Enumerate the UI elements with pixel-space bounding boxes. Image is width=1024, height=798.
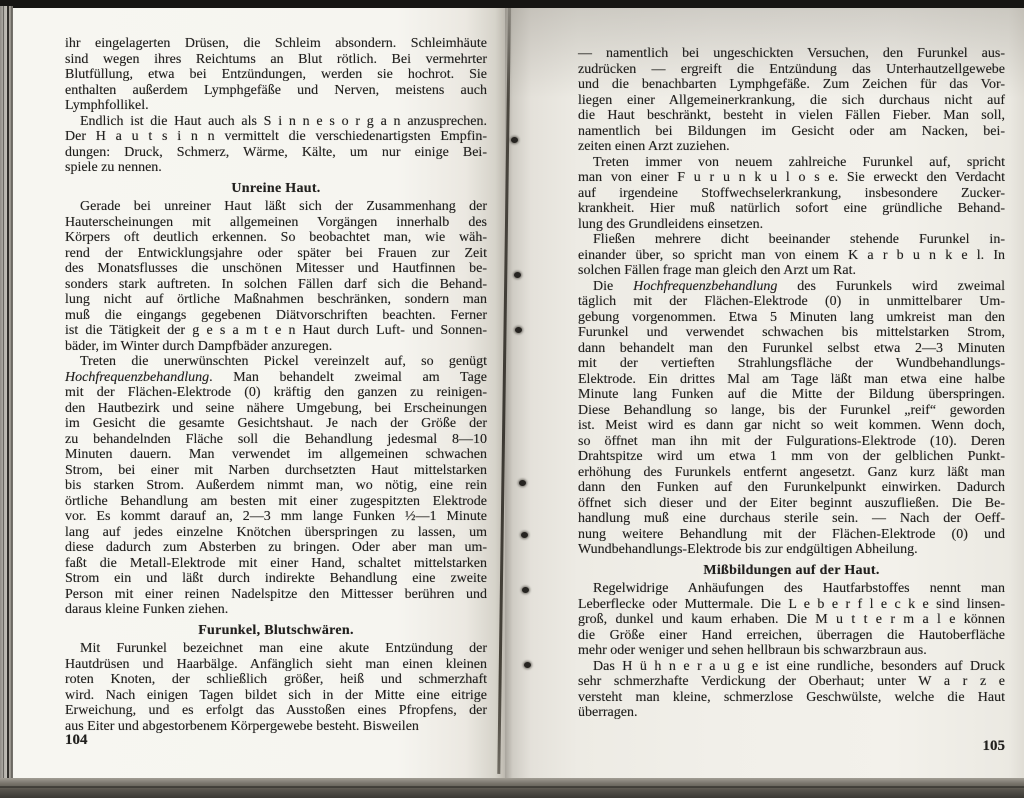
section-heading: Unreine Haut. (65, 181, 487, 197)
text-line: Regelwidrige Anhäufungen des Hautfarbsto… (578, 581, 1005, 597)
text-line: den Hautbezirk und seine nähere Umgebung… (65, 401, 487, 417)
text-line: zu behandelnden Fläche soll die Behandlu… (65, 432, 487, 448)
text-line: Furunkel und verwendet schwachen bis mit… (578, 325, 1005, 341)
text-line: ist. Meist wird es dann gar nicht so wei… (578, 418, 1005, 434)
text-line: faßt die Metall-Elektrode mit einer Hand… (65, 556, 487, 572)
text-line: dungen: Druck, Schmerz, Wärme, Kälte, um… (65, 145, 487, 161)
text-line: Blutfüllung, etwa bei Entzündungen, werd… (65, 67, 487, 83)
text-line: zeiten einen Arzt zuziehen. (578, 139, 1005, 155)
paragraph: Fließen mehrere dicht beeinander stehend… (578, 232, 1005, 279)
paragraph: Das H ü h n e r a u g e ist eine rundlic… (578, 659, 1005, 721)
text-line: mehr oder weniger und sehen hellbraun bi… (578, 643, 1005, 659)
text-line: dann den Funken auf den Furunkelpunkt ei… (578, 480, 1005, 496)
text-line: versteht man kleine, schmerzlose Geschwü… (578, 690, 1005, 706)
text-line: auf irgendeine Stoffwechselerkrankung, i… (578, 186, 1005, 202)
page-number-right: 105 (578, 738, 1005, 755)
text-line: einander über, so spricht man von einem … (578, 248, 1005, 264)
scanner-background-bottom (0, 778, 1024, 798)
text-line: bäder, im Winter durch Dampfbäder anzure… (65, 339, 487, 355)
text-line: roten Knoten, der schließlich größer, he… (65, 672, 487, 688)
section-heading: Mißbildungen auf der Haut. (578, 563, 1005, 579)
text-line: namentlich bei Bildungen im Gesicht oder… (578, 124, 1005, 140)
text-line: mit der vertieften Strahlungsfläche der … (578, 356, 1005, 372)
book-page-edges-left (0, 6, 13, 798)
text-line: Hochfrequenzbehandlung. Man behandelt zw… (65, 370, 487, 386)
text-line: Drahtspitze wird um etwa 1 mm von der ge… (578, 449, 1005, 465)
text-line: bis starken Strom. Außerdem nimmt man, w… (65, 478, 487, 494)
section-heading: Furunkel, Blutschwären. (65, 623, 487, 639)
text-line: Treten immer von neuem zahlreiche Furunk… (578, 155, 1005, 171)
text-line: des Monatsflusses die unschönen Mitesser… (65, 261, 487, 277)
text-line: Die Hochfrequenzbehandlung des Furunkels… (578, 279, 1005, 295)
page-edge-line (11, 6, 12, 798)
page-edge-line (3, 6, 4, 798)
text-line: Gerade bei unreiner Haut läßt sich der Z… (65, 199, 487, 215)
text-line: — namentlich bei ungeschickten Versuchen… (578, 46, 1005, 62)
text-line: die Haut beschränkt, besteht in vielen F… (578, 108, 1005, 124)
text-line: daraus kleine Funken ziehen. (65, 602, 487, 618)
text-line: Hautdrüsen und Haarbälge. Anfänglich sie… (65, 657, 487, 673)
text-line: überragen. (578, 705, 1005, 721)
paragraph: Regelwidrige Anhäufungen des Hautfarbsto… (578, 581, 1005, 659)
paragraph: — namentlich bei ungeschickten Versuchen… (578, 46, 1005, 155)
text-line: örtliche Behandlung am besten mit einer … (65, 494, 487, 510)
text-line: Das H ü h n e r a u g e ist eine rundlic… (578, 659, 1005, 675)
text-line: lang auf jedes einzelne Knötchen überspr… (65, 525, 487, 541)
text-line: Elektrode. Ein drittes Mal am Tage läßt … (578, 372, 1005, 388)
text-line: muß die eingangs gegebenen Diätvorschrif… (65, 308, 487, 324)
text-line: Lymphfollikel. (65, 98, 487, 114)
stitch-mark (521, 532, 528, 538)
paragraph: Endlich ist die Haut auch als S i n n e … (65, 114, 487, 176)
text-line: Diese Behandlung so lange, bis der Furun… (578, 403, 1005, 419)
text-line: sehr schmerzhafte Verdickung der Oberhau… (578, 674, 1005, 690)
page-right-text: — namentlich bei ungeschickten Versuchen… (578, 46, 1005, 721)
text-line: diese dadurch zum Absterben zu bringen. … (65, 540, 487, 556)
paragraph: Treten die unerwünschten Pickel vereinze… (65, 354, 487, 618)
text-line: mit der Flächen-Elektrode (0) kräftig de… (65, 385, 487, 401)
paragraph: Mit Furunkel bezeichnet man eine akute E… (65, 641, 487, 734)
text-line: solchen Fällen frage man gleich den Arzt… (578, 263, 1005, 279)
text-line: Minute lang Funken auf die Mitte der Bil… (578, 387, 1005, 403)
text-line: Der H a u t s i n n vermittelt die versc… (65, 129, 487, 145)
page-edge-line (7, 6, 9, 798)
bottom-band-shadow (0, 786, 1024, 788)
text-line: Erweichung, und es erfolgt das Ausstoßen… (65, 703, 487, 719)
text-line: erhöhung des Furunkels entfernt angesetz… (578, 465, 1005, 481)
book-spread: ihr eingelagerten Drüsen, die Schleim ab… (0, 0, 1024, 798)
text-line: enthalten außerdem Lymphgefäße und Nerve… (65, 83, 487, 99)
text-line: und die benachbarten Lymphgefäße. Zum Ze… (578, 77, 1005, 93)
text-line: Treten die unerwünschten Pickel vereinze… (65, 354, 487, 370)
text-line: rend der Entwicklungsjahre oder später b… (65, 246, 487, 262)
text-line: Strom, bei einer mit Narben durchsetzten… (65, 463, 487, 479)
text-line: Endlich ist die Haut auch als S i n n e … (65, 114, 487, 130)
text-line: Person mit einer reinen Nadelspitze den … (65, 587, 487, 603)
stitch-mark (514, 272, 521, 278)
text-line: ihr eingelagerten Drüsen, die Schleim ab… (65, 36, 487, 52)
text-line: täglich mit der Flächen-Elektrode (0) in… (578, 294, 1005, 310)
text-line: spiele zu nennen. (65, 160, 487, 176)
text-line: nung weitere Behandlung mit der Flächen-… (578, 527, 1005, 543)
text-line: so öffnet man ihn mit der Fulgurations-E… (578, 434, 1005, 450)
text-line: Hauterscheinungen mit allgemeinen Vorgän… (65, 215, 487, 231)
paragraph: Die Hochfrequenzbehandlung des Furunkels… (578, 279, 1005, 558)
text-line: krankheit. Hier muß natürlich sofort ein… (578, 201, 1005, 217)
text-line: man von einer F u r u n k u l o s e. Sie… (578, 170, 1005, 186)
text-line: lung nicht auf örtliche Maßnahmen beschr… (65, 292, 487, 308)
paragraph: Treten immer von neuem zahlreiche Furunk… (578, 155, 1005, 233)
text-line: Mit Furunkel bezeichnet man eine akute E… (65, 641, 487, 657)
text-line: handlung muß eine durchaus sterile sein.… (578, 511, 1005, 527)
paragraph: Gerade bei unreiner Haut läßt sich der Z… (65, 199, 487, 354)
text-line: lung des Grundleidens einsetzen. (578, 217, 1005, 233)
text-line: vor. Es kommt darauf an, 2—3 mm lange Fu… (65, 509, 487, 525)
text-line: liegen einer Allgemeinerkrankung, die si… (578, 93, 1005, 109)
stitch-mark (511, 137, 518, 143)
text-line: dann behandelt man den Furunkel selbst e… (578, 341, 1005, 357)
text-line: öffnet sich dieser und der Eiter beginnt… (578, 496, 1005, 512)
text-line: sonders stark auftreten. In solchen Fäll… (65, 277, 487, 293)
paragraph: ihr eingelagerten Drüsen, die Schleim ab… (65, 36, 487, 114)
text-line: Körpers oft deutlich erkennen. So beobac… (65, 230, 487, 246)
text-line: im Gesicht die gesamte Gesichtshaut. Je … (65, 416, 487, 432)
page-number-left: 104 (65, 732, 88, 749)
text-line: groß, dunkel und kaum erhaben. Die M u t… (578, 612, 1005, 628)
text-line: Wundbehandlungs-Elektrode bis zur endgül… (578, 542, 1005, 558)
text-line: die Größe einer Hand erreichen, überrage… (578, 628, 1005, 644)
text-line: sind wegen ihres Reichtums an Blut rötli… (65, 52, 487, 68)
text-line: Fließen mehrere dicht beeinander stehend… (578, 232, 1005, 248)
text-line: Leberflecke oder Muttermale. Die L e b e… (578, 597, 1005, 613)
text-line: gebung vorgenommen. Etwa 5 Minuten lang … (578, 310, 1005, 326)
text-line: Strom ein und läßt durch indirekte Behan… (65, 571, 487, 587)
scanner-background-top (0, 0, 1024, 8)
text-line: aus Eiter und abgestorbenem Körpergewebe… (65, 719, 487, 735)
page-left-text: ihr eingelagerten Drüsen, die Schleim ab… (65, 36, 487, 734)
text-line: wird. Nach einigen Tagen bildet sich in … (65, 688, 487, 704)
text-line: Minuten dauern. Man verwendet im allgeme… (65, 447, 487, 463)
text-line: zudrücken — ergreift die Entzündung das … (578, 62, 1005, 78)
text-line: ist die Tätigkeit der g e s a m t e n Ha… (65, 323, 487, 339)
